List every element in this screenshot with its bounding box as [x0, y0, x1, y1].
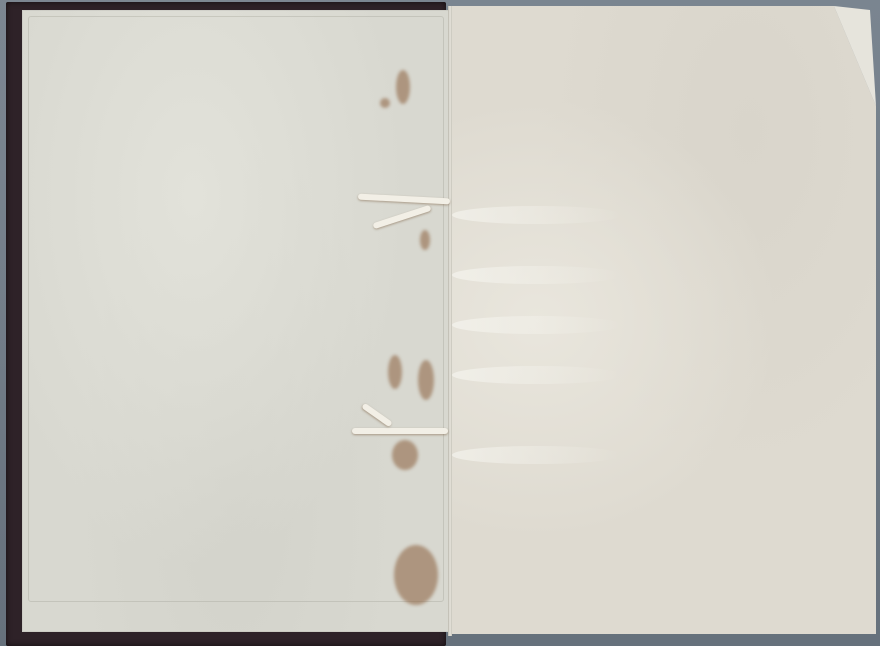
book-gutter	[448, 6, 452, 636]
foxing-stain	[396, 70, 410, 104]
page-ripple	[452, 446, 622, 464]
page-ripple	[452, 316, 622, 334]
foxing-stain	[418, 360, 434, 400]
page-ripple	[452, 366, 622, 384]
page-ripple	[452, 206, 622, 224]
foxing-stain	[394, 545, 438, 605]
foxing-stain	[380, 98, 390, 108]
foxing-stain	[392, 440, 418, 470]
right-flyleaf	[452, 6, 876, 634]
sewing-tape	[352, 428, 448, 434]
foxing-stain	[388, 355, 402, 389]
foxing-stain	[420, 230, 430, 250]
page-ripple	[452, 266, 622, 284]
